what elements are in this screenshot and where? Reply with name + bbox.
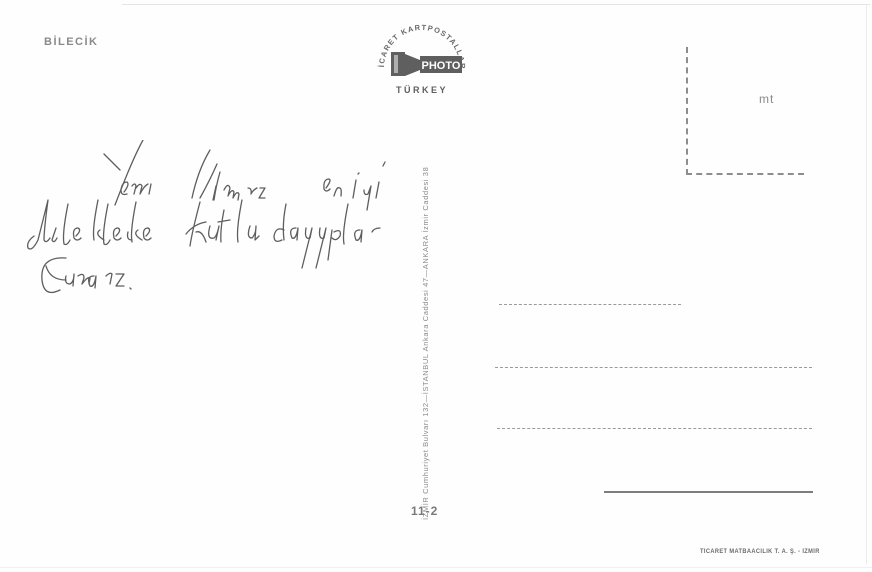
card-code: 11-2 (411, 504, 438, 518)
postcard-back: BİLECİK TİCARET KARTPOSTALLARI PHOTO TÜR… (0, 0, 872, 572)
address-line-2 (495, 367, 812, 368)
publisher-logo: TİCARET KARTPOSTALLARI PHOTO TÜRKEY (372, 18, 472, 100)
logo-brand-text: PHOTO (422, 60, 461, 72)
logo-country-text: TÜRKEY (396, 85, 448, 95)
message-line-1 (104, 140, 385, 210)
message-line-2 (28, 200, 380, 268)
printer-credit: TİCARET MATBAACILIK T. A. Ş. - İZMİR (700, 549, 820, 555)
address-line-3 (497, 428, 812, 429)
message-line-3 (42, 258, 131, 293)
address-line-1 (499, 304, 681, 305)
address-line-4 (604, 491, 813, 493)
stamp-box (686, 47, 804, 175)
camera-icon: TİCARET KARTPOSTALLARI PHOTO TÜRKEY (372, 18, 472, 100)
card-edge-right (866, 4, 867, 564)
handwritten-message: Yeni Yılınızı en iyi dileklerle kutlar s… (20, 140, 420, 310)
city-caption: BİLECİK (44, 36, 99, 48)
card-edge-bottom (0, 567, 872, 568)
publisher-address: İZMİR Cumhuriyet Bulvarı 132—İSTANBUL An… (421, 167, 430, 520)
card-edge-top (122, 4, 870, 5)
stamp-label: mt (759, 92, 774, 106)
